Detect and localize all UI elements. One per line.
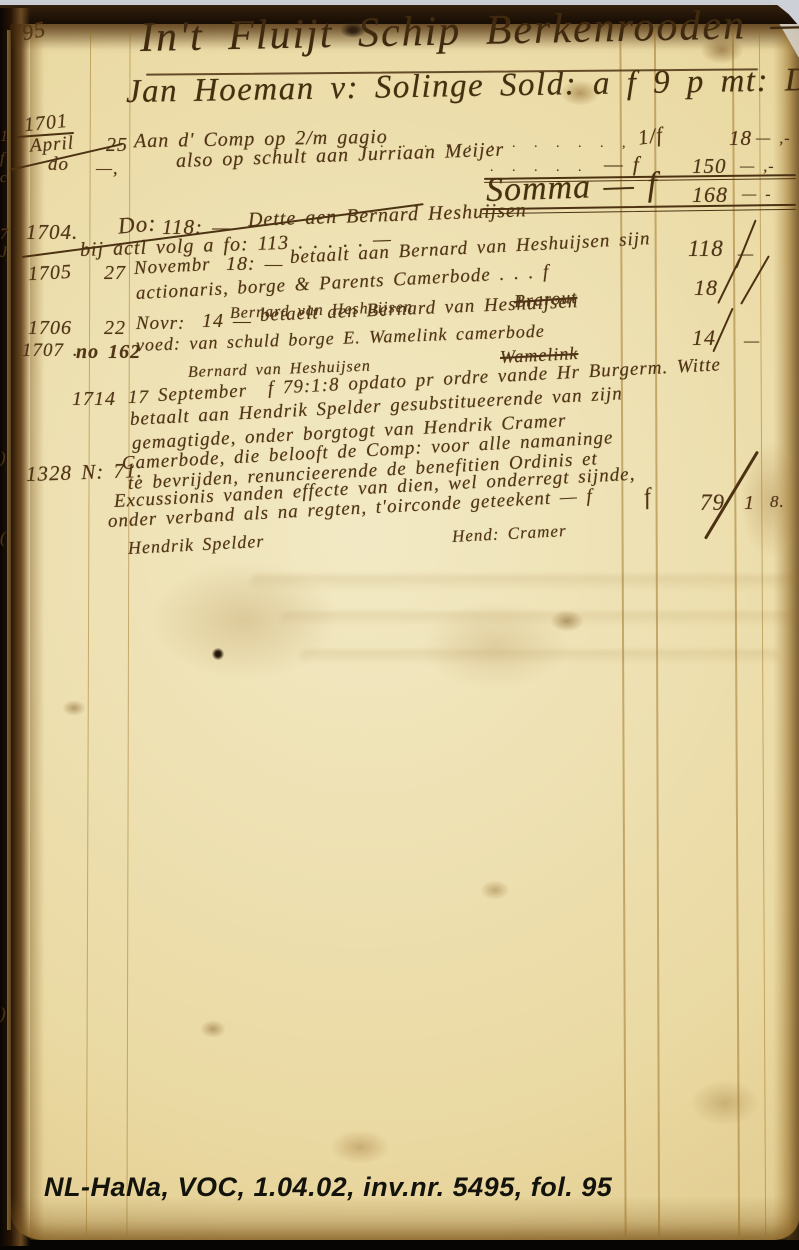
amount-stuivers: 1 — [744, 492, 755, 515]
entry-day: 27 — [104, 262, 126, 285]
bleed-through — [280, 612, 799, 626]
edge-mark: J — [0, 244, 8, 262]
folio-ref: no 162 — [76, 341, 141, 364]
previous-page-sliver — [7, 30, 11, 1230]
edge-mark: 1 — [0, 128, 9, 146]
bleed-through — [250, 575, 799, 591]
edge-mark: c — [0, 170, 8, 187]
page-crease — [30, 24, 44, 1240]
folio-number: 95 — [20, 16, 49, 46]
amount-tail: — - — [742, 186, 772, 204]
folio-ref: 14 — — [202, 310, 252, 333]
edge-mark: ( — [0, 528, 7, 548]
ditto-mark: Do: — [117, 210, 158, 239]
margin-reference: 1328 N: 71. — [26, 458, 144, 487]
amount-tail: — ,- — [756, 130, 791, 148]
entry-month: Novr: — [136, 313, 185, 335]
amount-guilders: 18 — [694, 275, 718, 301]
bleed-through — [300, 650, 780, 664]
currency-mark: 1/f — [636, 122, 664, 150]
amount-guilders: 14 — [692, 325, 716, 351]
edge-mark: f — [0, 150, 5, 168]
entry-year: 1705 — [27, 261, 72, 286]
folio-ref: 18: — — [226, 253, 283, 276]
edge-mark: ) — [0, 448, 7, 468]
amount-tail: — ,- — [740, 158, 775, 176]
entry-day: 17 — [128, 387, 149, 409]
amount-guilders: 118 — [688, 236, 724, 262]
entry-day: —, — [96, 158, 119, 179]
entry-month: do — [48, 154, 69, 176]
amount-penningen: 8. — [770, 492, 785, 512]
archive-caption: NL-HaNa, VOC, 1.04.02, inv.nr. 5495, fol… — [44, 1172, 612, 1203]
edge-mark: ) — [0, 1004, 7, 1024]
entry-day: 22 — [104, 317, 126, 340]
entry-year: 1707 . — [22, 340, 79, 362]
amount-guilders: 18 — [729, 126, 752, 151]
edge-mark: 7 — [0, 226, 9, 244]
page-right-edge — [773, 24, 799, 1240]
book-binding-edge — [0, 8, 30, 1246]
amount-tail: — — [744, 331, 760, 351]
entry-month: Novembr — [133, 254, 211, 280]
entry-year: 1706 — [28, 317, 72, 340]
entry-year: 1704. — [26, 220, 78, 245]
entry-year: 1714 — [72, 388, 116, 411]
